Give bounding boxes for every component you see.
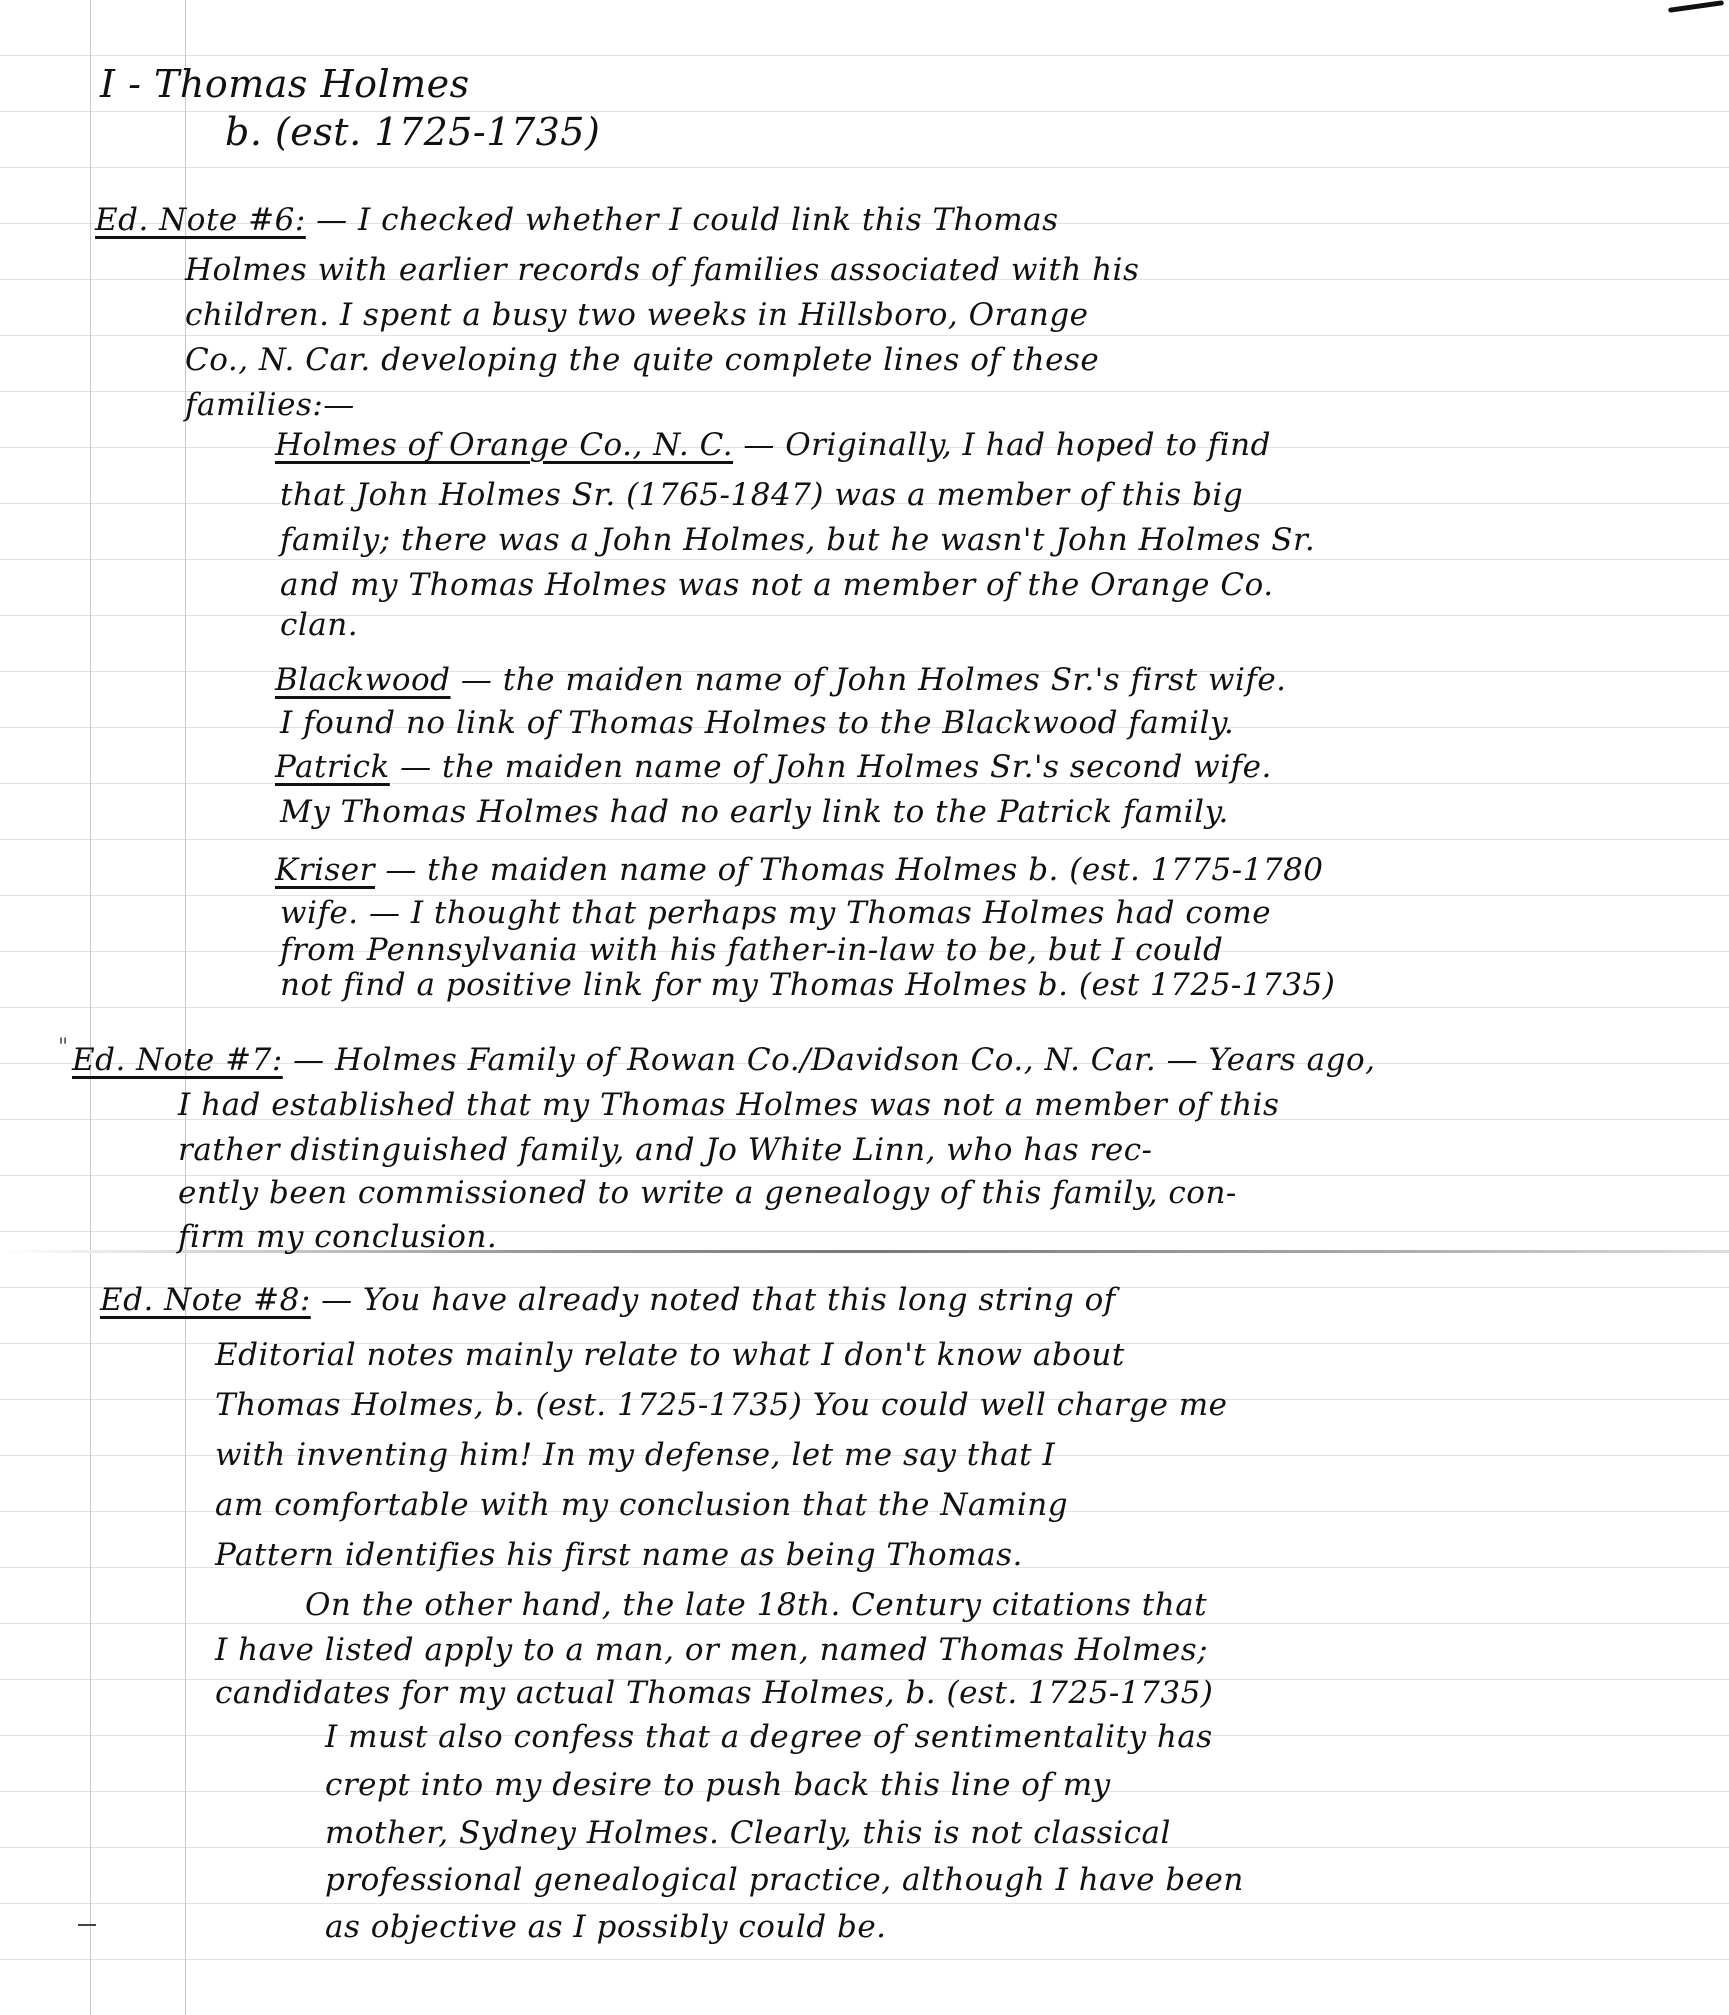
birth-estimate: b. (est. 1725-1735): [225, 113, 600, 151]
note-8-line: am comfortable with my conclusion that t…: [215, 1490, 1068, 1521]
entry-line: I found no link of Thomas Holmes to the …: [280, 708, 1234, 739]
entry-line: family; there was a John Holmes, but he …: [280, 525, 1315, 556]
note-7-line: — Holmes Family of Rowan Co./Davidson Co…: [283, 1042, 1376, 1078]
note-8-line: mother, Sydney Holmes. Clearly, this is …: [325, 1818, 1171, 1849]
note-8-line: — You have already noted that this long …: [311, 1282, 1116, 1318]
entry-term: Kriser: [275, 852, 375, 888]
note-8-line: On the other hand, the late 18th. Centur…: [305, 1590, 1207, 1621]
note-8-line: Thomas Holmes, b. (est. 1725-1735) You c…: [215, 1390, 1228, 1421]
note-6-line: children. I spent a busy two weeks in Hi…: [185, 300, 1089, 331]
note-8-line: crept into my desire to push back this l…: [325, 1770, 1111, 1801]
entry-line: that John Holmes Sr. (1765-1847) was a m…: [280, 480, 1243, 511]
note-7-label: Ed. Note #7:: [72, 1042, 283, 1078]
margin-rule: [90, 0, 91, 2015]
note-8-line: I have listed apply to a man, or men, na…: [215, 1635, 1208, 1666]
note-6-line: Holmes with earlier records of families …: [185, 255, 1139, 286]
entry-line: — the maiden name of Thomas Holmes b. (e…: [375, 852, 1324, 888]
note-8-line: with inventing him! In my defense, let m…: [215, 1440, 1055, 1471]
entry-line: not find a positive link for my Thomas H…: [280, 970, 1335, 1001]
note-8-line: as objective as I possibly could be.: [325, 1912, 887, 1943]
note-6-line: — I checked whether I could link this Th…: [316, 202, 1058, 238]
note-8-line: I must also confess that a degree of sen…: [325, 1722, 1213, 1753]
notebook-page: " I - Thomas Holmes b. (est. 1725-1735) …: [0, 0, 1729, 2015]
page-title: I - Thomas Holmes: [100, 65, 470, 103]
entry-line: — the maiden name of John Holmes Sr.'s f…: [451, 662, 1287, 698]
note-6-label: Ed. Note #6:: [95, 202, 306, 238]
note-6-line: families:—: [185, 390, 355, 421]
entry-line: — Originally, I had hoped to find: [733, 427, 1271, 463]
note-7-line: firm my conclusion.: [178, 1222, 497, 1253]
entry-term: Holmes of Orange Co., N. C.: [275, 427, 733, 463]
note-7-line: ently been commissioned to write a genea…: [178, 1178, 1237, 1209]
note-6-line: Co., N. Car. developing the quite comple…: [185, 345, 1099, 376]
entry-line: and my Thomas Holmes was not a member of…: [280, 570, 1274, 601]
entry-line: clan.: [280, 610, 358, 641]
stray-mark: ": [58, 1035, 68, 1060]
note-8-label: Ed. Note #8:: [100, 1282, 311, 1318]
pen-mark: [78, 1924, 96, 1926]
note-8-line: professional genealogical practice, alth…: [325, 1865, 1244, 1896]
pen-mark: [1668, 0, 1724, 13]
entry-line: — the maiden name of John Holmes Sr.'s s…: [390, 749, 1272, 785]
entry-line: wife. — I thought that perhaps my Thomas…: [280, 898, 1271, 929]
entry-term: Patrick: [275, 749, 390, 785]
entry-term: Blackwood: [275, 662, 451, 698]
entry-line: from Pennsylvania with his father-in-law…: [280, 935, 1223, 966]
note-8-line: Editorial notes mainly relate to what I …: [215, 1340, 1125, 1371]
note-8-line: candidates for my actual Thomas Holmes, …: [215, 1678, 1213, 1709]
note-7-line: I had established that my Thomas Holmes …: [178, 1090, 1279, 1121]
note-7-line: rather distinguished family, and Jo Whit…: [178, 1135, 1153, 1166]
entry-line: My Thomas Holmes had no early link to th…: [280, 797, 1229, 828]
note-8-line: Pattern identifies his first name as bei…: [215, 1540, 1023, 1571]
